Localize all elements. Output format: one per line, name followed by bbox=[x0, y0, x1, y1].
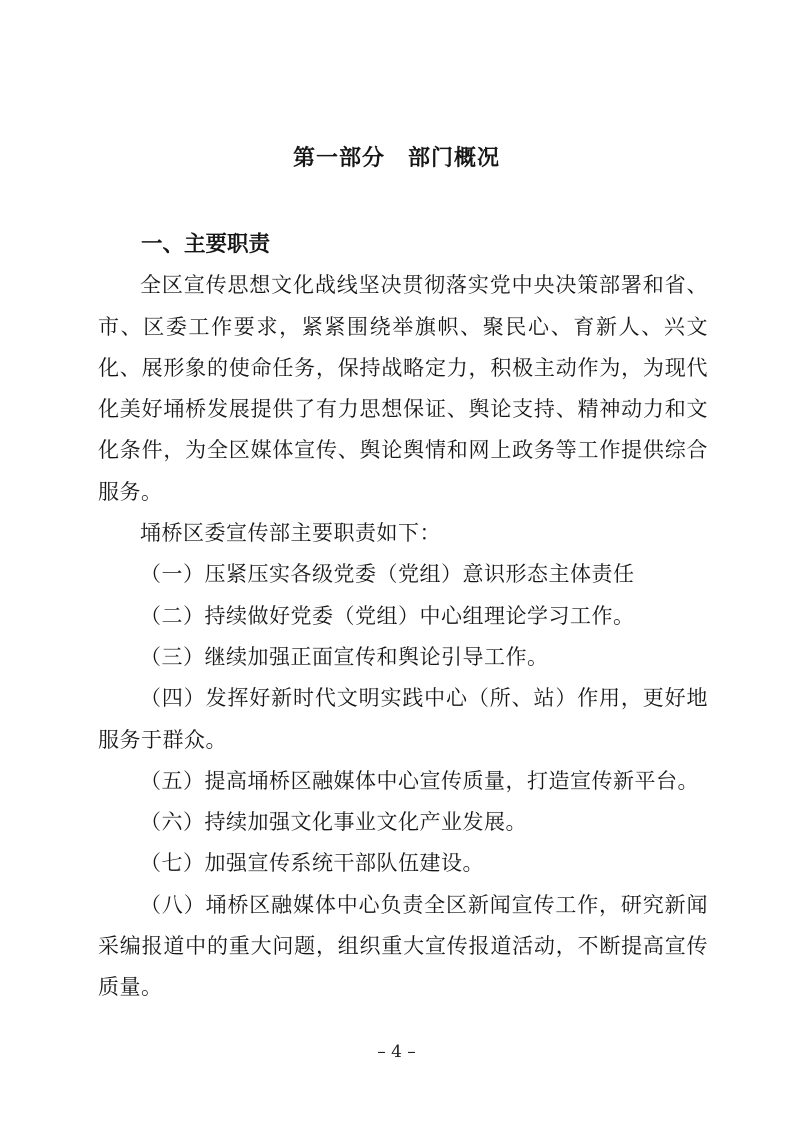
paragraph-item-6: （六）持续加强文化事业文化产业发展。 bbox=[98, 802, 708, 843]
paragraph-item-7: （七）加强宣传系统干部队伍建设。 bbox=[98, 843, 708, 884]
section-heading: 一、主要职责 bbox=[98, 224, 708, 265]
paragraph-intro: 全区宣传思想文化战线坚决贯彻落实党中央决策部署和省、市、区委工作要求，紧紧围绕举… bbox=[98, 265, 708, 513]
paragraph-item-4: （四）发挥好新时代文明实践中心（所、站）作用，更好地服务于群众。 bbox=[98, 678, 708, 761]
paragraph-duties-lead: 埇桥区委宣传部主要职责如下： bbox=[98, 513, 708, 554]
document-page: 第一部分 部门概况 一、主要职责 全区宣传思想文化战线坚决贯彻落实党中央决策部署… bbox=[0, 0, 793, 1122]
page-title: 第一部分 部门概况 bbox=[0, 144, 793, 174]
paragraph-item-3: （三）继续加强正面宣传和舆论引导工作。 bbox=[98, 637, 708, 678]
page-number: – 4 – bbox=[0, 1041, 793, 1063]
paragraph-item-1: （一）压紧压实各级党委（党组）意识形态主体责任 bbox=[98, 554, 708, 595]
paragraph-item-8: （八）埇桥区融媒体中心负责全区新闻宣传工作，研究新闻采编报道中的重大问题，组织重… bbox=[98, 885, 708, 1009]
paragraph-item-5: （五）提高埇桥区融媒体中心宣传质量，打造宣传新平台。 bbox=[98, 761, 708, 802]
document-body: 一、主要职责 全区宣传思想文化战线坚决贯彻落实党中央决策部署和省、市、区委工作要… bbox=[98, 224, 708, 1009]
paragraph-item-2: （二）持续做好党委（党组）中心组理论学习工作。 bbox=[98, 596, 708, 637]
